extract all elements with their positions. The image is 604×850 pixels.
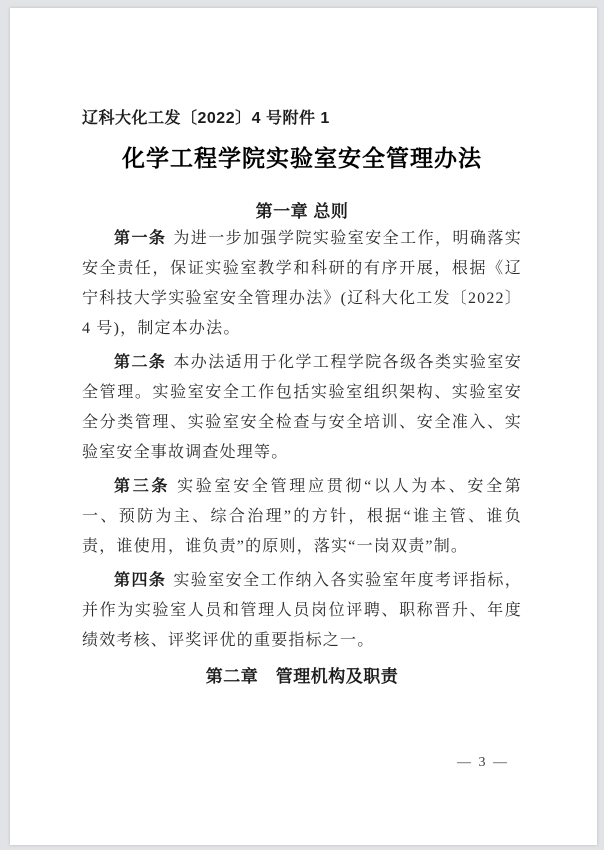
article-2-label: 第二条 (114, 354, 166, 371)
document-page: 辽科大化工发〔2022〕4 号附件 1 化学工程学院实验室安全管理办法 第一章 … (10, 8, 597, 845)
article-paragraph-2: 第二条本办法适用于化学工程学院各级各类实验室安全管理。实验室安全工作包括实验室组… (82, 348, 522, 468)
document-title: 化学工程学院实验室安全管理办法 (82, 143, 522, 175)
chapter-heading-1: 第一章 总则 (82, 200, 522, 224)
page-content: 辽科大化工发〔2022〕4 号附件 1 化学工程学院实验室安全管理办法 第一章 … (10, 108, 597, 689)
chapter-heading-2: 第二章 管理机构及职责 (82, 665, 522, 689)
article-1-label: 第一条 (114, 230, 166, 247)
article-paragraph-4: 第四条实验室安全工作纳入各实验室年度考评指标，并作为实验室人员和管理人员岗位评聘… (82, 566, 522, 656)
page-number: — 3 — (457, 755, 509, 771)
article-paragraph-1: 第一条为进一步加强学院实验室安全工作，明确落实安全责任，保证实验室教学和科研的有… (82, 224, 522, 344)
doc-reference-number: 辽科大化工发〔2022〕4 号附件 1 (82, 108, 522, 130)
article-4-label: 第四条 (114, 572, 166, 589)
article-paragraph-3: 第三条实验室安全管理应贯彻“以人为本、安全第一、预防为主、综合治理”的方针，根据… (82, 472, 522, 562)
document-viewer-background: 辽科大化工发〔2022〕4 号附件 1 化学工程学院实验室安全管理办法 第一章 … (0, 0, 604, 850)
article-3-label: 第三条 (114, 478, 170, 495)
